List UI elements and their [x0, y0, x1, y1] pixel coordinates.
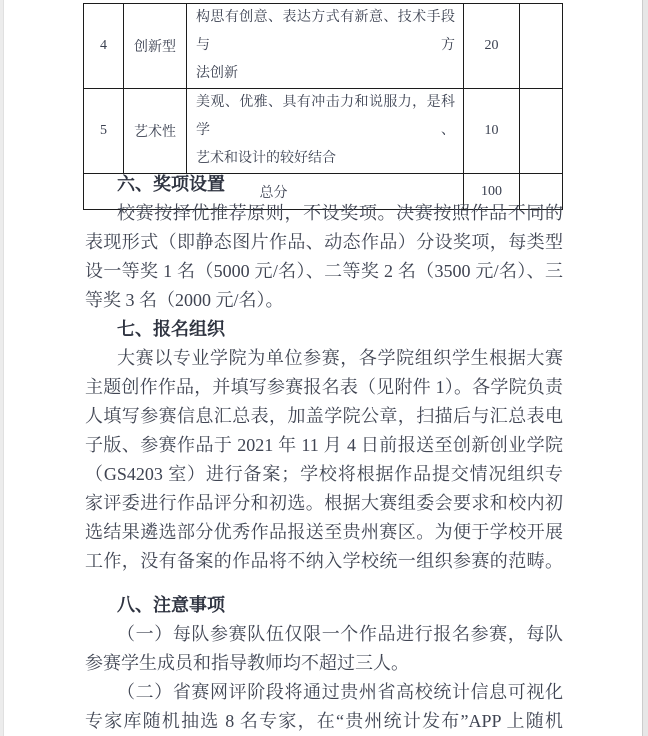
- paragraph-line: 参赛学生成员和指导教师均不超过三人。: [85, 649, 563, 678]
- paragraph-line: 等奖 3 名（2000 元/名）。: [85, 286, 563, 315]
- score-note-cell: [520, 4, 563, 89]
- row-index: 5: [84, 89, 124, 174]
- paragraph-line: 人填写参赛信息汇总表，加盖学院公章，扫描后与汇总表电: [85, 402, 563, 431]
- document-page: 4 创新型 构思有创意、表达方式有新意、技术手段与方 法创新 20 5 艺术性 …: [0, 0, 648, 736]
- paragraph-line: 大赛以专业学院为单位参赛，各学院组织学生根据大赛: [85, 344, 563, 373]
- paragraph-line: 专家库随机抽选 8 名专家，在“贵州统计发布”APP 上随机: [85, 707, 563, 736]
- description-line: 法创新: [196, 60, 455, 88]
- paragraph-line: 子版、参赛作品于 2021 年 11 月 4 日前报送至创新创业学院: [85, 431, 563, 460]
- description-line: 艺术和设计的较好结合: [196, 145, 455, 173]
- table-row: 4 创新型 构思有创意、表达方式有新意、技术手段与方 法创新 20: [84, 4, 563, 89]
- criterion-description: 美观、优雅、具有冲击力和说服力，是科学、 艺术和设计的较好结合: [187, 89, 464, 174]
- paragraph-line: 家评委进行作品评分和初选。根据大赛组委会要求和校内初: [85, 489, 563, 518]
- paragraph-line: 选结果遴选部分优秀作品报送至贵州赛区。为便于学校开展: [85, 518, 563, 547]
- paragraph-line: （二）省赛网评阶段将通过贵州省高校统计信息可视化: [85, 678, 563, 707]
- score-note-cell: [520, 89, 563, 174]
- paragraph-line: （一）每队参赛队伍仅限一个作品进行报名参赛，每队: [85, 620, 563, 649]
- paragraph-line: 主题创作作品，并填写参赛报名表（见附件 1）。各学院负责: [85, 373, 563, 402]
- description-line: 美观、优雅、具有冲击力和说服力，是科学、: [196, 89, 455, 145]
- document-body: 六、奖项设置 校赛按择优推荐原则，不设奖项。决赛按照作品不同的 表现形式（即静态…: [85, 170, 563, 736]
- table-row: 5 艺术性 美观、优雅、具有冲击力和说服力，是科学、 艺术和设计的较好结合 10: [84, 89, 563, 174]
- description-line: 构思有创意、表达方式有新意、技术手段与方: [196, 4, 455, 60]
- paragraph-line: 设一等奖 1 名（5000 元/名）、二等奖 2 名（3500 元/名）、三: [85, 257, 563, 286]
- criterion-name: 艺术性: [124, 89, 187, 174]
- scrollbar-track[interactable]: [642, 0, 648, 736]
- paragraph-line: （GS4203 室）进行备案；学校将根据作品提交情况组织专: [85, 460, 563, 489]
- row-index: 4: [84, 4, 124, 89]
- paragraph-line: 表现形式（即静态图片作品、动态作品）分设奖项，每类型: [85, 228, 563, 257]
- section-heading-awards: 六、奖项设置: [85, 170, 563, 199]
- left-gutter-strip: [0, 0, 4, 736]
- section-heading-notes: 八、注意事项: [85, 591, 563, 620]
- paragraph-line: 工作，没有备案的作品将不纳入学校统一组织参赛的范畴。: [85, 547, 563, 576]
- criterion-score: 10: [464, 89, 520, 174]
- section-heading-registration: 七、报名组织: [85, 315, 563, 344]
- paragraph-line: 校赛按择优推荐原则，不设奖项。决赛按照作品不同的: [85, 199, 563, 228]
- criterion-description: 构思有创意、表达方式有新意、技术手段与方 法创新: [187, 4, 464, 89]
- criterion-name: 创新型: [124, 4, 187, 89]
- criterion-score: 20: [464, 4, 520, 89]
